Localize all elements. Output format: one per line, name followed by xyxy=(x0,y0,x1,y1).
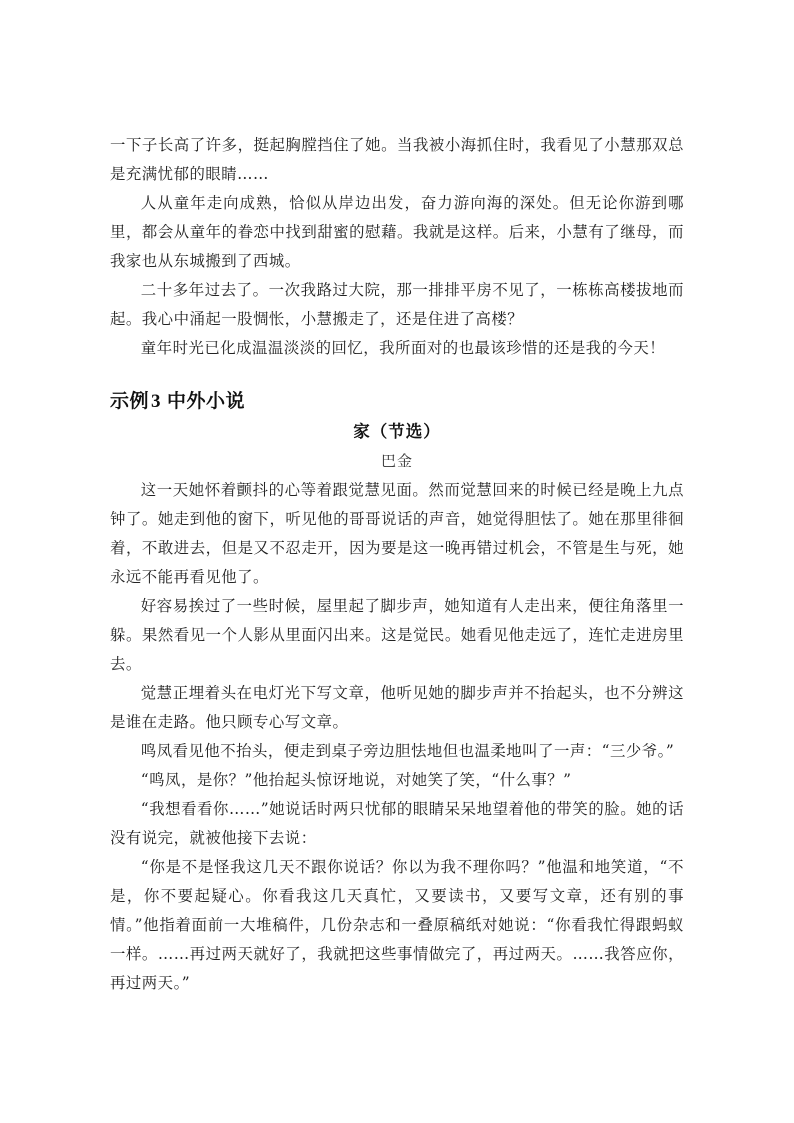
paragraph: “鸣凤，是你？”他抬起头惊讶地说，对她笑了笑，“什么事？” xyxy=(110,766,684,795)
paragraph: 一下子长高了许多，挺起胸膛挡住了她。当我被小海抓住时，我看见了小慧那双总是充满忧… xyxy=(110,131,684,189)
section-label-title: 中外小说 xyxy=(167,390,245,412)
paragraph: 二十多年过去了。一次我路过大院，那一排排平房不见了，一栋栋高楼拔地而起。我心中涌… xyxy=(110,276,684,334)
paragraph: 这一天她怀着颤抖的心等着跟觉慧见面。然而觉慧回来的时候已经是晚上九点钟了。她走到… xyxy=(110,476,684,592)
work-title: 家（节选） xyxy=(110,418,684,446)
section-label-prefix: 示例 xyxy=(110,390,149,412)
work-author: 巴金 xyxy=(110,446,684,476)
paragraph: 好容易挨过了一些时候，屋里起了脚步声，她知道有人走出来，便往角落里一躲。果然看见… xyxy=(110,592,684,679)
section-label-number: 3 xyxy=(151,391,161,412)
document-page: 一下子长高了许多，挺起胸膛挡住了她。当我被小海抓住时，我看见了小慧那双总是充满忧… xyxy=(110,131,684,998)
paragraph: “你是不是怪我这几天不跟你说话？你以为我不理你吗？”他温和地笑道，“不是，你不要… xyxy=(110,853,684,998)
paragraph: “我想看看你……”她说话时两只忧郁的眼睛呆呆地望着他的带笑的脸。她的话没有说完，… xyxy=(110,795,684,853)
paragraph: 童年时光已化成温温淡淡的回忆，我所面对的也最该珍惜的还是我的今天！ xyxy=(110,334,684,363)
section-heading: 示例3中外小说 xyxy=(110,387,684,416)
paragraph: 觉慧正埋着头在电灯光下写文章，他听见她的脚步声并不抬起头，也不分辨这是谁在走路。… xyxy=(110,679,684,737)
paragraph: 人从童年走向成熟，恰似从岸边出发，奋力游向海的深处。但无论你游到哪里，都会从童年… xyxy=(110,189,684,276)
paragraph: 鸣凤看见他不抬头，便走到桌子旁边胆怯地但也温柔地叫了一声：“三少爷。” xyxy=(110,737,684,766)
